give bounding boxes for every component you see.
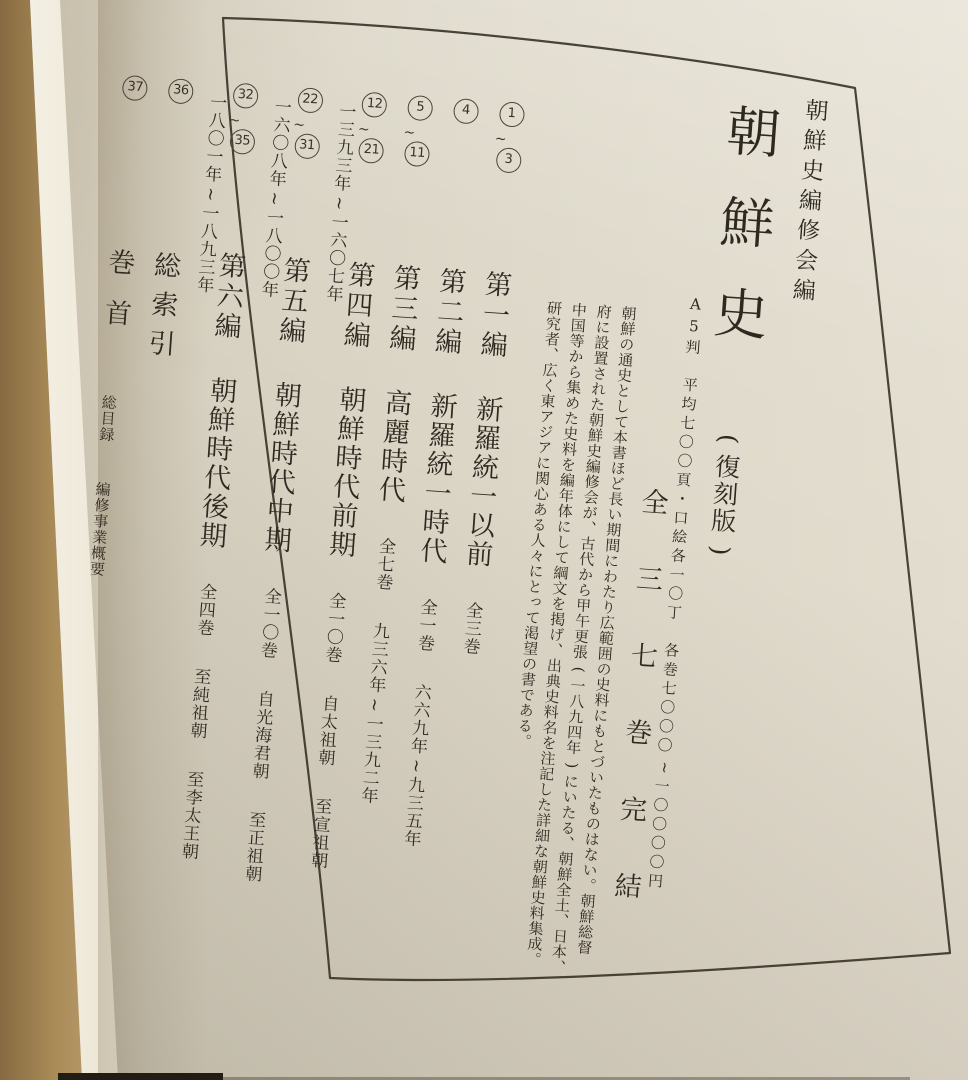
table-shadow-bottom: [58, 1073, 223, 1080]
volume-title: 朝鮮時代後期: [194, 375, 236, 551]
volume-title: 新羅統一時代: [414, 391, 456, 567]
volume-number-badges: 32 ~ 35: [221, 82, 261, 234]
circled-number-icon: 11: [404, 141, 431, 168]
book-title: 朝鮮史: [702, 102, 781, 379]
volume-years: 九三六年~一三九二年: [357, 621, 389, 805]
range-tilde: ~: [494, 131, 507, 148]
volume-range-from: 自太祖朝: [314, 694, 338, 767]
circled-number-icon: 21: [358, 137, 385, 164]
head-volume-overview: 編修事業概要: [88, 481, 111, 578]
range-tilde: ~: [228, 112, 241, 129]
circled-number-icon: 4: [453, 98, 480, 125]
range-tilde: ~: [293, 117, 306, 134]
volume-range-to: 至宣祖朝: [307, 797, 331, 870]
circled-number-icon: 31: [293, 133, 320, 160]
volume-range-to: 至李太王朝: [177, 770, 202, 861]
circled-number-icon: 5: [407, 95, 434, 122]
circled-number-icon: 36: [167, 78, 194, 105]
circled-number-icon: 12: [361, 92, 388, 119]
volume-number-badges: 22 ~ 31: [285, 87, 325, 239]
volume-range-to: 至正祖朝: [241, 810, 265, 883]
head-volume-contents: 総目録: [97, 394, 117, 443]
circled-number-icon: 22: [297, 87, 324, 114]
volume-title: 朝鮮時代前期: [323, 384, 365, 560]
circled-number-icon: 1: [498, 101, 525, 128]
volume-range-from: 至純祖朝: [186, 667, 210, 740]
edition-number: 第三編: [383, 263, 419, 355]
edition-label: (復刻版): [705, 422, 743, 567]
volume-count: 全七巻: [372, 537, 395, 592]
toc-sheet: 朝鮮史編修会編 朝鮮史 (復刻版) A5判 平均七〇〇頁・口絵各一〇丁 各巻七〇…: [134, 10, 861, 1006]
edition-number: 第二編: [429, 266, 465, 358]
head-volume-title: 巻首: [97, 247, 134, 351]
volume-count: 全四巻: [193, 582, 216, 637]
volume-title: 高麗時代: [373, 388, 411, 506]
circled-number-icon: 37: [122, 75, 149, 102]
volume-number-badges: 12 ~ 21: [350, 91, 390, 243]
circled-number-icon: 35: [229, 128, 256, 155]
circled-number-icon: 32: [232, 83, 259, 110]
volume-title: 新羅統一以前: [460, 394, 502, 570]
volume-range-from: 自光海君朝: [248, 689, 273, 780]
volume-count: 全一巻: [414, 598, 437, 653]
volume-count: 全三巻: [459, 601, 482, 656]
volume-number-badges: 36: [156, 78, 196, 230]
volume-number-badges: 1 ~ 3: [487, 101, 527, 253]
circled-number-icon: 3: [495, 147, 522, 174]
range-tilde: ~: [403, 125, 416, 142]
volume-years: 六六九年~九三五年: [400, 682, 430, 848]
volume-number-badges: 5 ~ 11: [396, 95, 436, 247]
volume-number-badges: 4: [441, 98, 481, 250]
volume-count: 全一〇巻: [256, 587, 280, 660]
edition-number: 第一編: [475, 269, 511, 361]
range-tilde: ~: [357, 121, 370, 138]
volume-count: 全一〇巻: [321, 591, 345, 664]
book-page-photo: 朝鮮史編修会編 朝鮮史 (復刻版) A5判 平均七〇〇頁・口絵各一〇丁 各巻七〇…: [0, 0, 968, 1080]
publisher-text: 朝鮮史編修会編: [787, 97, 827, 308]
volume-title: 朝鮮時代中期: [259, 380, 301, 556]
